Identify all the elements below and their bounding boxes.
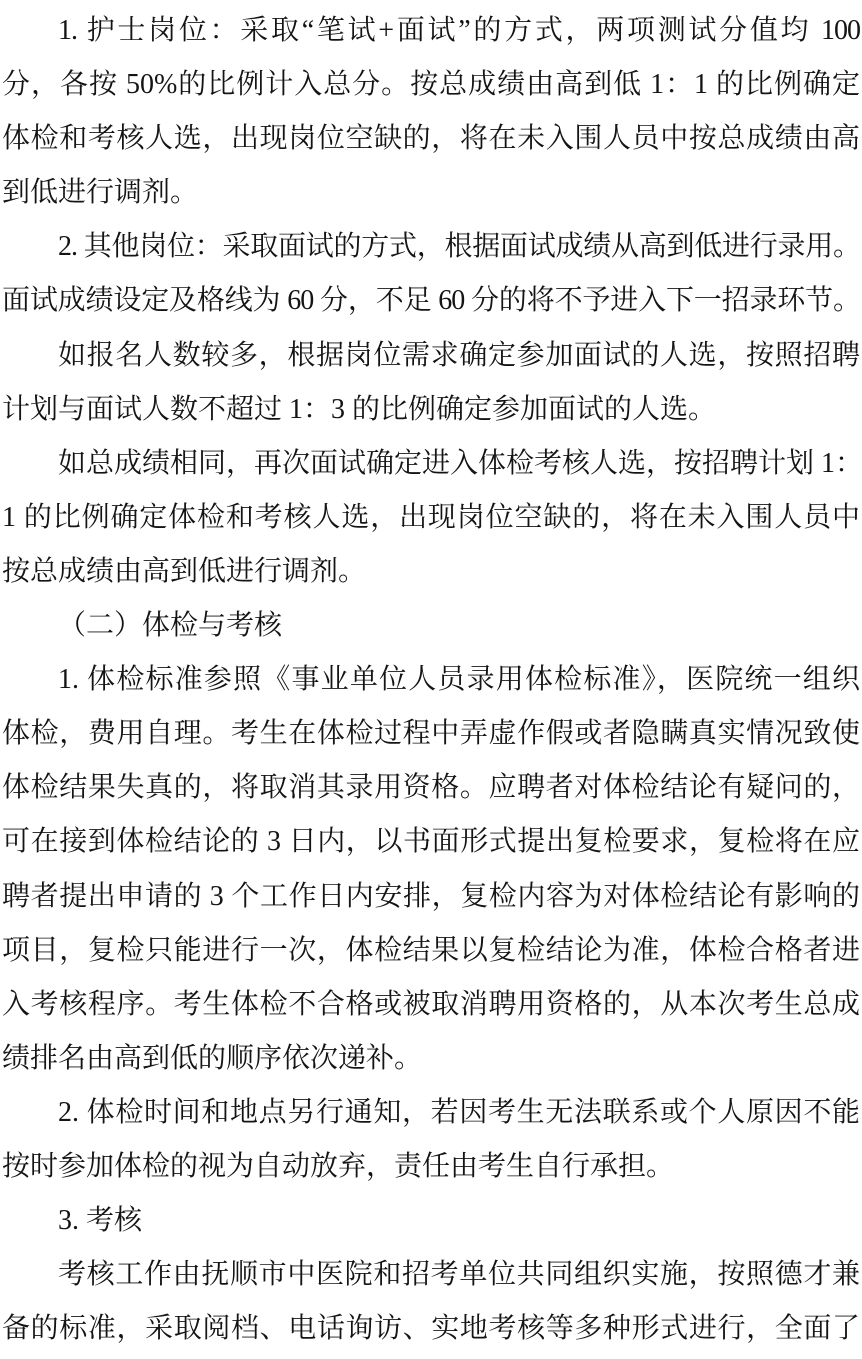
text-line: 备的标准，采取阅档、电话询访、实地考核等多种形式进行，全面了 (2, 1302, 860, 1356)
text-line: 分，各按 50%的比例计入总分。按总成绩由高到低 1：1 的比例确定 (2, 58, 860, 112)
text-line: 如报名人数较多，根据岗位需求确定参加面试的人选，按照招聘 (2, 329, 860, 383)
text-line: 按时参加体检的视为自动放弃，责任由考生自行承担。 (2, 1140, 860, 1194)
text-line: （二）体检与考核 (2, 599, 860, 653)
text-line: 到低进行调剂。 (2, 166, 860, 220)
text-line: 2. 其他岗位：采取面试的方式，根据面试成绩从高到低进行录用。 (2, 220, 860, 274)
text-line: 绩排名由高到低的顺序依次递补。 (2, 1032, 860, 1086)
text-line: 1 的比例确定体检和考核人选，出现岗位空缺的，将在未入围人员中 (2, 491, 860, 545)
text-line: 项目，复检只能进行一次，体检结果以复检结论为准，体检合格者进 (2, 924, 860, 978)
text-line: 可在接到体检结论的 3 日内，以书面形式提出复检要求，复检将在应 (2, 815, 860, 869)
text-line: 聘者提出申请的 3 个工作日内安排，复检内容为对体检结论有影响的 (2, 870, 860, 924)
document-page: 1. 护士岗位：采取“笔试+面试”的方式，两项测试分值均 100分，各按 50%… (0, 0, 862, 1359)
text-line: 如总成绩相同，再次面试确定进入体检考核人选，按招聘计划 1： (2, 437, 860, 491)
text-line: 2. 体检时间和地点另行通知，若因考生无法联系或个人原因不能 (2, 1086, 860, 1140)
text-line: 考核工作由抚顺市中医院和招考单位共同组织实施，按照德才兼 (2, 1248, 860, 1302)
text-line: 1. 体检标准参照《事业单位人员录用体检标准》，医院统一组织 (2, 653, 860, 707)
text-line: 体检和考核人选，出现岗位空缺的，将在未入围人员中按总成绩由高 (2, 112, 860, 166)
text-line: 入考核程序。考生体检不合格或被取消聘用资格的，从本次考生总成 (2, 978, 860, 1032)
text-line: 面试成绩设定及格线为 60 分，不足 60 分的将不予进入下一招录环节。 (2, 274, 860, 328)
text-line: 体检结果失真的，将取消其录用资格。应聘者对体检结论有疑问的， (2, 761, 860, 815)
document-body: 1. 护士岗位：采取“笔试+面试”的方式，两项测试分值均 100分，各按 50%… (2, 4, 860, 1356)
text-line: 计划与面试人数不超过 1：3 的比例确定参加面试的人选。 (2, 383, 860, 437)
text-line: 1. 护士岗位：采取“笔试+面试”的方式，两项测试分值均 100 (2, 4, 860, 58)
text-line: 按总成绩由高到低进行调剂。 (2, 545, 860, 599)
text-line: 3. 考核 (2, 1194, 860, 1248)
text-line: 体检，费用自理。考生在体检过程中弄虚作假或者隐瞒真实情况致使 (2, 707, 860, 761)
